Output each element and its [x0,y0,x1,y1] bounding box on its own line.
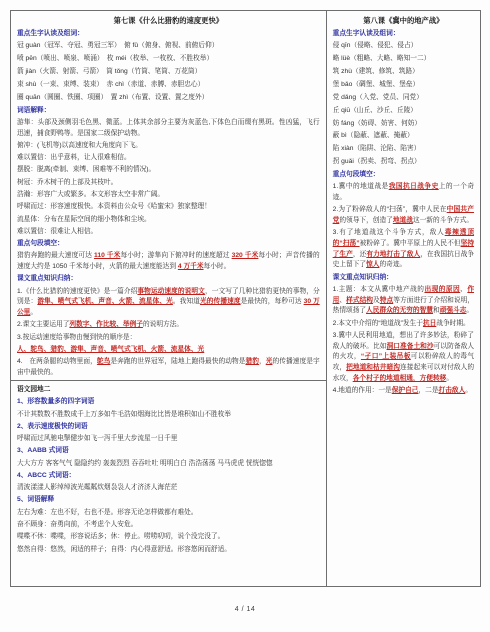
text-segment: 。我知道 [173,298,200,305]
text-paragraph: 4. 在两条腿的动物里面，鸵鸟是奔跑的世界冠军，陆地上跑得最快的动物是猎豹，光的… [17,357,320,378]
text-paragraph: 猎豹奔跑的最大速度可达 110 千米每小时；游隼向下俯冲时的速度超过 320 千… [17,251,320,272]
text-segment: 冠 guàn（冠军、夺冠、勇冠三军） 俯 fǔ（俯身、俯视、前俯后仰） [17,42,218,49]
text-segment: 2.本文中介绍的“地道战”发生于 [333,320,423,327]
document-page: { "footer": "4 / 14", "colors": { "headi… [0,0,490,632]
highlight-term: 4 万千米 [178,263,204,270]
text-segment: 呼啸而过风驰电掣健步如飞一泻千里大步流星一日千里 [17,435,178,442]
text-segment: 妨 fáng（妨碍、妨害、何妨） [333,120,421,127]
text-segment: 被粉碎了。冀中平原上的人民不但 [360,240,461,247]
text-segment: 侵 qīn（侵略、侵犯、侵占） [333,42,418,49]
section-heading: 课文重点知识归纳： [333,273,474,284]
text-paragraph: 3.按运动速度给事物由慢到快的顺序是： [17,333,320,344]
text-segment: 3.按运动速度给事物由慢到快的顺序是： [17,334,136,341]
text-paragraph: 不计其数数不胜数成千上万多如牛毛浩如烟海比比皆是堆积如山不胜枚举 [17,410,320,421]
highlight-term: 抗日 [423,320,436,327]
text-paragraph: 3.冀中人民利用地道，想出了许多妙法，粉碎了敌人的破坏。比如洞口准备土和沙可以防… [333,331,474,385]
page-number: 4 / 14 [0,606,490,613]
text-segment: 陷 xiàn（陷阱、沦陷、陷害） [333,145,421,152]
text-segment: 略 lüè（粗略、大略、略知一二） [333,55,431,62]
section-heading: 重点句段填空： [17,239,320,250]
section-heading: 2、表示速度极快的词语 [17,422,320,433]
text-paragraph: 4.地道的作用：一是保护自己，二是打击敌人。 [333,386,474,397]
text-paragraph: 2.本文中介绍的“地道战”发生于抗日战争时期。 [333,319,474,330]
text-segment: 丘 qiū（山丘、沙丘、丘陵） [333,107,417,114]
section-heading: 词语解释： [17,106,320,117]
text-segment: 束 shù（一束、束缚、装束） 赤 chì（赤道、赤膊、赤胆忠心） [17,81,204,88]
text-segment: 。 [446,375,453,382]
text-segment: 奋不顾身：奋勇向前，不考虑个人安危。 [17,521,137,528]
text-paragraph: 拐 guǎi（拐卖、拐弯、拐点） [333,157,474,168]
text-paragraph: 筑 zhù（建筑、修筑、筑路） [333,67,474,78]
text-segment: 摆脱：脱离(牵制、束缚、困难等不利的情况)。 [17,166,155,173]
text-segment: 。 [30,309,37,316]
text-segment: 左右为难：左也不好，右也不是。形容无论怎样做都有难处。 [17,509,198,516]
text-paragraph: 略 lüè（粗略、大略、略知一二） [333,54,474,65]
text-paragraph: 妨 fáng（妨碍、妨害、何妨） [333,119,474,130]
lesson-title: 第七课《什么比猎豹的速度更快》 [17,15,320,26]
text-segment: 2.课文主要运用了 [17,321,69,328]
text-segment: 呼啸而过：形容速度极快。本资料由公众号《哈蜜宋》独家整理！ [17,203,211,210]
highlight-term: 地道战 [393,217,413,224]
highlight-term: 样式结构 [346,297,373,304]
text-segment: 的奇迹。 [379,261,406,268]
text-paragraph: 呼啸而过风驰电掣健步如飞一泻千里大步流星一日千里 [17,434,320,445]
text-paragraph: 树冠：乔木树干的上部及其枝叶。 [17,178,320,189]
notes-table: 第七课《什么比猎豹的速度更快》重点生字认读及组词：冠 guàn（冠军、夺冠、勇冠… [10,10,481,587]
text-segment: 难以置信：出乎意料，让人很难相信。 [17,154,131,161]
text-segment: 每小时；游隼向下俯冲时的速度超过 [120,252,231,259]
text-paragraph: 清波漾漾人影绰绰波光粼粼炊烟袅袅人才济济人海茫茫 [17,483,320,494]
section-heading: 4、ABCC 式词语： [17,471,320,482]
text-segment: 俯冲：(飞机等)以高速度和大角度向下飞。 [17,142,142,149]
text-segment: 不计其数数不胜数成千上万多如牛毛浩如烟海比比皆是堆积如山不胜枚举 [17,411,231,418]
text-paragraph: 浩瀚：形容广大或繁多。本文形容太空非常广阔。 [17,190,320,201]
text-segment: 喷 pēn（喷出、喷泉、喷涌） 枚 méi（枚举、一枚枚、不胜枚举） [17,55,213,62]
highlight-term: 列数字、作比较、举例子 [69,321,143,328]
highlight-term: 游隼、喷气式飞机、声音、火箭、流星体、光 [37,298,173,305]
text-segment: 大大方方 客客气气 隐隐约约 轰轰烈烈 吞吞吐吐 明明白白 浩浩荡荡 马马虎虎 … [17,460,273,467]
text-paragraph: 难以置信：很难让人相信。 [17,227,320,238]
text-segment: 是最快的，每秒可达 [241,298,304,305]
text-segment: 。 [465,387,472,394]
text-paragraph: 难以置信：出乎意料，让人很难相信。 [17,153,320,164]
text-paragraph: 陷 xiàn（陷阱、沦陷、陷害） [333,144,474,155]
text-paragraph: 圈 quān（圆圈、铁圈、项圈） 置 zhì（布置、设置、置之度外） [17,93,320,104]
text-paragraph: 2.课文主要运用了列数字、作比较、举例子的说明方法。 [17,320,320,331]
text-segment: 是奔跑的世界冠军，陆地上跑得最快的动物是 [110,358,245,365]
text-segment: ，还 [353,251,366,258]
text-segment: 难以置信：很难让人相信。 [17,228,97,235]
text-segment: 3.有了地道战这个斗争方式，敌人 [333,229,445,236]
highlight-term: 保护自己 [392,387,419,394]
text-segment: ，二是 [418,387,438,394]
text-segment: 悠然自得：悠然，闲适的样子；自得：内心得意舒适。形容悠闲而舒适。 [17,546,231,553]
text-paragraph: 左右为难：左也不好，右也不是。形容无论怎样做都有难处。 [17,508,320,519]
text-paragraph: 束 shù（一束、束缚、装束） 赤 chì（赤道、赤膊、赤胆忠心） [17,80,320,91]
text-segment: 战争时期。 [436,320,469,327]
text-segment: 。 [466,307,473,314]
highlight-term: 光的传播速度 [200,298,241,305]
text-paragraph: 人、鸵鸟、猎豹、游隼、声音、喷气式飞机、火箭、流星体、光 [17,345,320,356]
section-heading: 课文重点知识归纳： [17,274,320,285]
text-segment: 拐 guǎi（拐卖、拐弯、拐点） [333,158,421,165]
text-segment: 4.地道的作用：一是 [333,387,392,394]
text-segment: 的说明方法。 [143,321,183,328]
text-paragraph: 2.为了粉碎敌人的“扫荡”，冀中人民在中国共产党的领导下，创造了地道战这一新的斗… [333,205,474,226]
section-heading: 5、词语解释 [17,495,320,506]
highlight-term: 洞口准备土和沙 [387,343,434,350]
highlight-term: 出现的原因 [424,286,460,293]
text-segment: 及 [373,297,380,304]
highlight-term: 鸵鸟 [97,358,111,365]
text-segment: 的领导下，创造了 [339,217,393,224]
highlight-term: 猎豹 [245,358,259,365]
subsection-title: 语文园地二 [11,380,326,395]
text-paragraph: 3.有了地道战这个斗争方式，敌人毒辣透顶的“扫荡”被粉碎了。冀中平原上的人民不但… [333,228,474,271]
text-segment: 2.为了粉碎敌人的“扫荡”，冀中人民在 [333,206,447,213]
lesson-title: 第八课《冀中的地产战》 [333,15,474,26]
text-paragraph: 党 dǎng（入党、党员、同党） [333,93,474,104]
text-paragraph: 侵 qīn（侵略、侵犯、侵占） [333,41,474,52]
text-paragraph: 1.《什么比猎豹的速度更快》是一篇介绍事物运动速度的说明文，一文写了几种比猎豹更… [17,287,320,319]
section-heading: 3、AABB 式词语 [17,446,320,457]
text-segment: 每小时。 [204,263,231,270]
text-paragraph: 悠然自得：悠然，闲适的样子；自得：内心得意舒适。形容悠闲而舒适。 [17,545,320,556]
highlight-term: 人、鸵鸟、猎豹、游隼、声音、喷气式飞机、火箭、流星体、光 [17,346,204,353]
text-paragraph: 堡 bǎo（碉堡、城堡、堡垒） [333,80,474,91]
section-heading: 重点句段填空： [333,170,474,181]
text-segment: 党 dǎng（入党、党员、同党） [333,94,423,101]
text-paragraph: 喷 pēn（喷出、喷泉、喷涌） 枚 méi（枚举、一枚枚、不胜枚举） [17,54,320,65]
text-paragraph: 奋不顾身：奋勇向前，不考虑个人安危。 [17,520,320,531]
text-paragraph: 俯冲：(飞机等)以高速度和大角度向下飞。 [17,141,320,152]
text-segment: 游隼：头部及颈侧羽毛色黑、微蓝。上体其余部分主要为灰蓝色,下体色白而缀有黑斑。性… [17,119,320,137]
text-paragraph: 游隼：头部及颈侧羽毛色黑、微蓝。上体其余部分主要为灰蓝色,下体色白而缀有黑斑。性… [17,118,320,139]
text-paragraph: 丘 qiū（山丘、沙丘、丘陵） [333,106,474,117]
highlight-term: 光 [266,358,273,365]
highlight-term: 打击敌人 [439,387,466,394]
lesson7-column: 第七课《什么比猎豹的速度更快》重点生字认读及组词：冠 guàn（冠军、夺冠、勇冠… [11,11,326,586]
highlight-term: 我国抗日战争史 [389,183,439,190]
highlight-term: 特点 [380,297,393,304]
highlight-term: 各个村子的地道相通，方便转移 [353,375,447,382]
highlight-term: 人民群众的无穷的智慧 [366,307,433,314]
text-segment: 树冠：乔木树干的上部及其枝叶。 [17,179,117,186]
section-heading: 重点生字认读及组词： [333,29,474,40]
text-segment: 清波漾漾人影绰绰波光粼粼炊烟袅袅人才济济人海茫茫 [17,484,178,491]
highlight-term: 有力地打击了敌人 [366,251,420,258]
text-paragraph: 冠 guàn（冠军、夺冠、勇冠三军） 俯 fǔ（俯身、俯视、前俯后仰） [17,41,320,52]
text-segment: 这一新的斗争方式。 [413,217,473,224]
highlight-term: 顽强斗志 [440,307,467,314]
text-segment: 4. 在两条腿的动物里面， [17,358,97,365]
text-segment: 1.《什么比猎豹的速度更快》是一篇介绍 [17,288,137,295]
text-paragraph: 流星体：分布在星际空间的细小物体和尘埃。 [17,215,320,226]
text-segment: 圈 quān（圆圈、铁圈、项圈） 置 zhì（布置、设置、置之度外） [17,94,208,101]
text-segment: 喋喋不休：喋喋，形容说话多；休：停止。唠唠叨叨，说个没完没了。 [17,533,224,540]
text-paragraph: 喋喋不休：喋喋，形容说话多；休：停止。唠唠叨叨，说个没完没了。 [17,532,320,543]
text-segment: 浩瀚：形容广大或繁多。本文形容太空非常广阔。 [17,191,164,198]
text-segment: 箭 jiàn（火箭、射箭、弓箭） 筒 tǒng（竹筒、笔筒、万花筒） [17,68,201,75]
text-paragraph: 1.主题：本文从冀中地产战的出现的原因、作用、样式结构及特点等方面进行了介绍和说… [333,285,474,317]
text-segment: 堡 bǎo（碉堡、城堡、堡垒） [333,81,420,88]
text-segment: 1.主题：本文从冀中地产战的 [333,286,425,293]
text-segment: ， [259,358,266,365]
text-segment: 流星体：分布在星际空间的细小物体和尘埃。 [17,216,151,223]
text-segment: 1.冀中的地道战是 [333,183,389,190]
highlight-term: 事物运动速度的说明文 [137,288,205,295]
text-paragraph: 摆脱：脱离(牵制、束缚、困难等不利的情况)。 [17,165,320,176]
highlight-term: “孑口”上装吊板 [361,353,411,360]
highlight-term: 320 千米 [232,252,259,259]
section-heading: 1、形容数量多的四字词语 [17,397,320,408]
text-paragraph: 大大方方 客客气气 隐隐约约 轰轰烈烈 吞吞吐吐 明明白白 浩浩荡荡 马马虎虎 … [17,459,320,470]
text-segment: 筑 zhù（建筑、修筑、筑路） [333,68,419,75]
section-heading: 重点生字认读及组词： [17,29,320,40]
highlight-term: 把地道和枯井暗沟 [346,364,400,371]
text-paragraph: 1.冀中的地道战是我国抗日战争史上的一个奇迹。 [333,182,474,203]
text-paragraph: 箭 jiàn（火箭、射箭、弓箭） 筒 tǒng（竹筒、笔筒、万花筒） [17,67,320,78]
highlight-term: 惊人 [366,261,379,268]
text-paragraph: 蔽 bì（隐蔽、遮蔽、掩蔽） [333,131,474,142]
text-paragraph: 呼啸而过：形容速度极快。本资料由公众号《哈蜜宋》独家整理！ [17,202,320,213]
highlight-term: 110 千米 [94,252,120,259]
text-segment: 猎豹奔跑的最大速度可达 [17,252,94,259]
lesson8-column: 第八课《冀中的地产战》重点生字认读及组词：侵 qīn（侵略、侵犯、侵占）略 lü… [326,11,480,586]
text-segment: 和 [433,307,440,314]
text-segment: 蔽 bì（隐蔽、遮蔽、掩蔽） [333,132,414,139]
